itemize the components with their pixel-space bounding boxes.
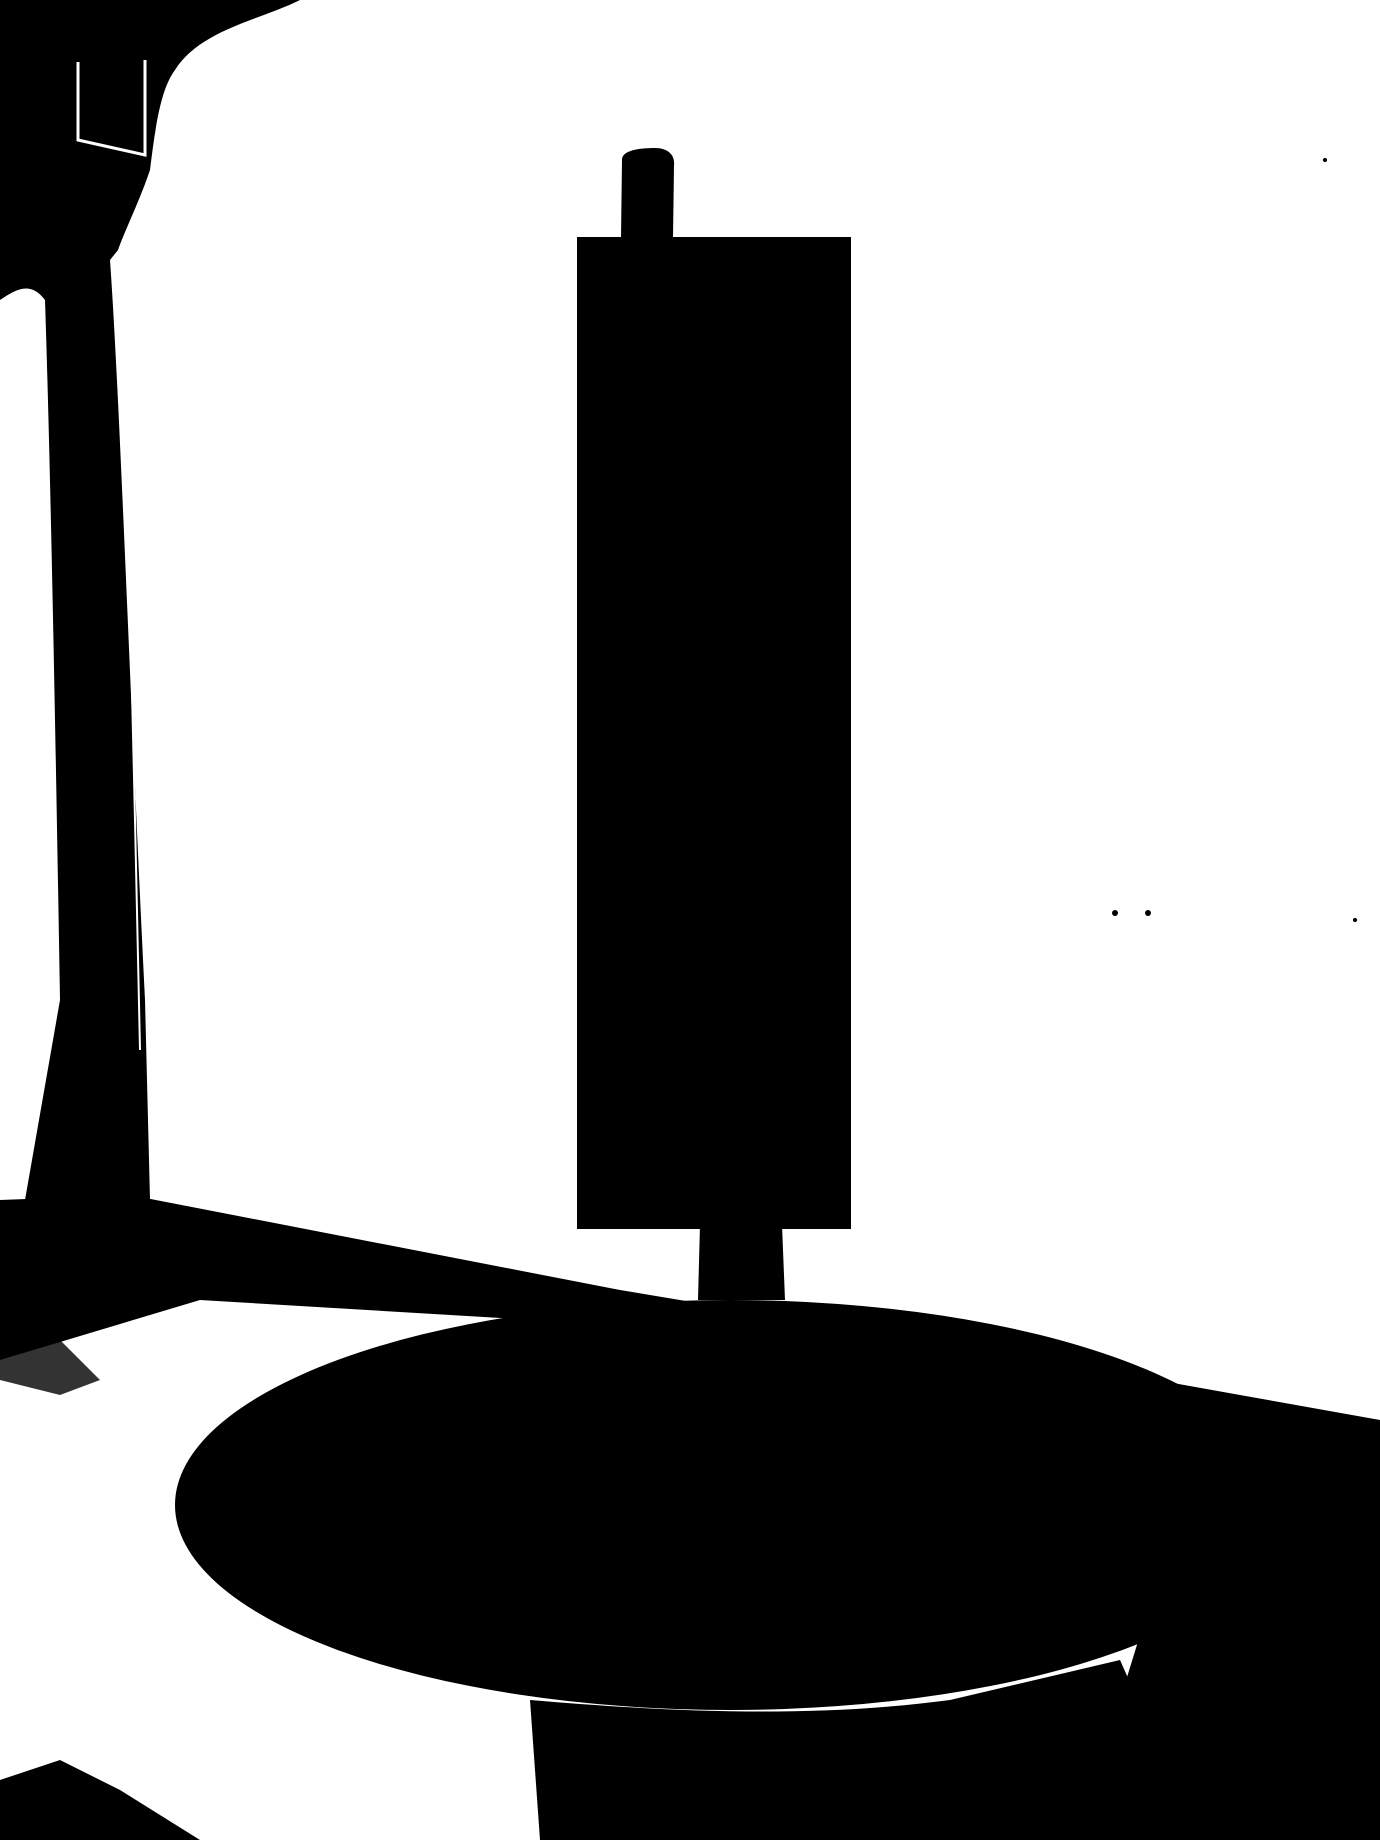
pole-neck xyxy=(698,1225,785,1300)
photo-canvas xyxy=(0,0,1380,1840)
pole-top xyxy=(621,148,674,238)
round-base xyxy=(175,1300,1285,1710)
photo-scene xyxy=(0,0,1380,1840)
sign-panel xyxy=(577,237,851,1229)
